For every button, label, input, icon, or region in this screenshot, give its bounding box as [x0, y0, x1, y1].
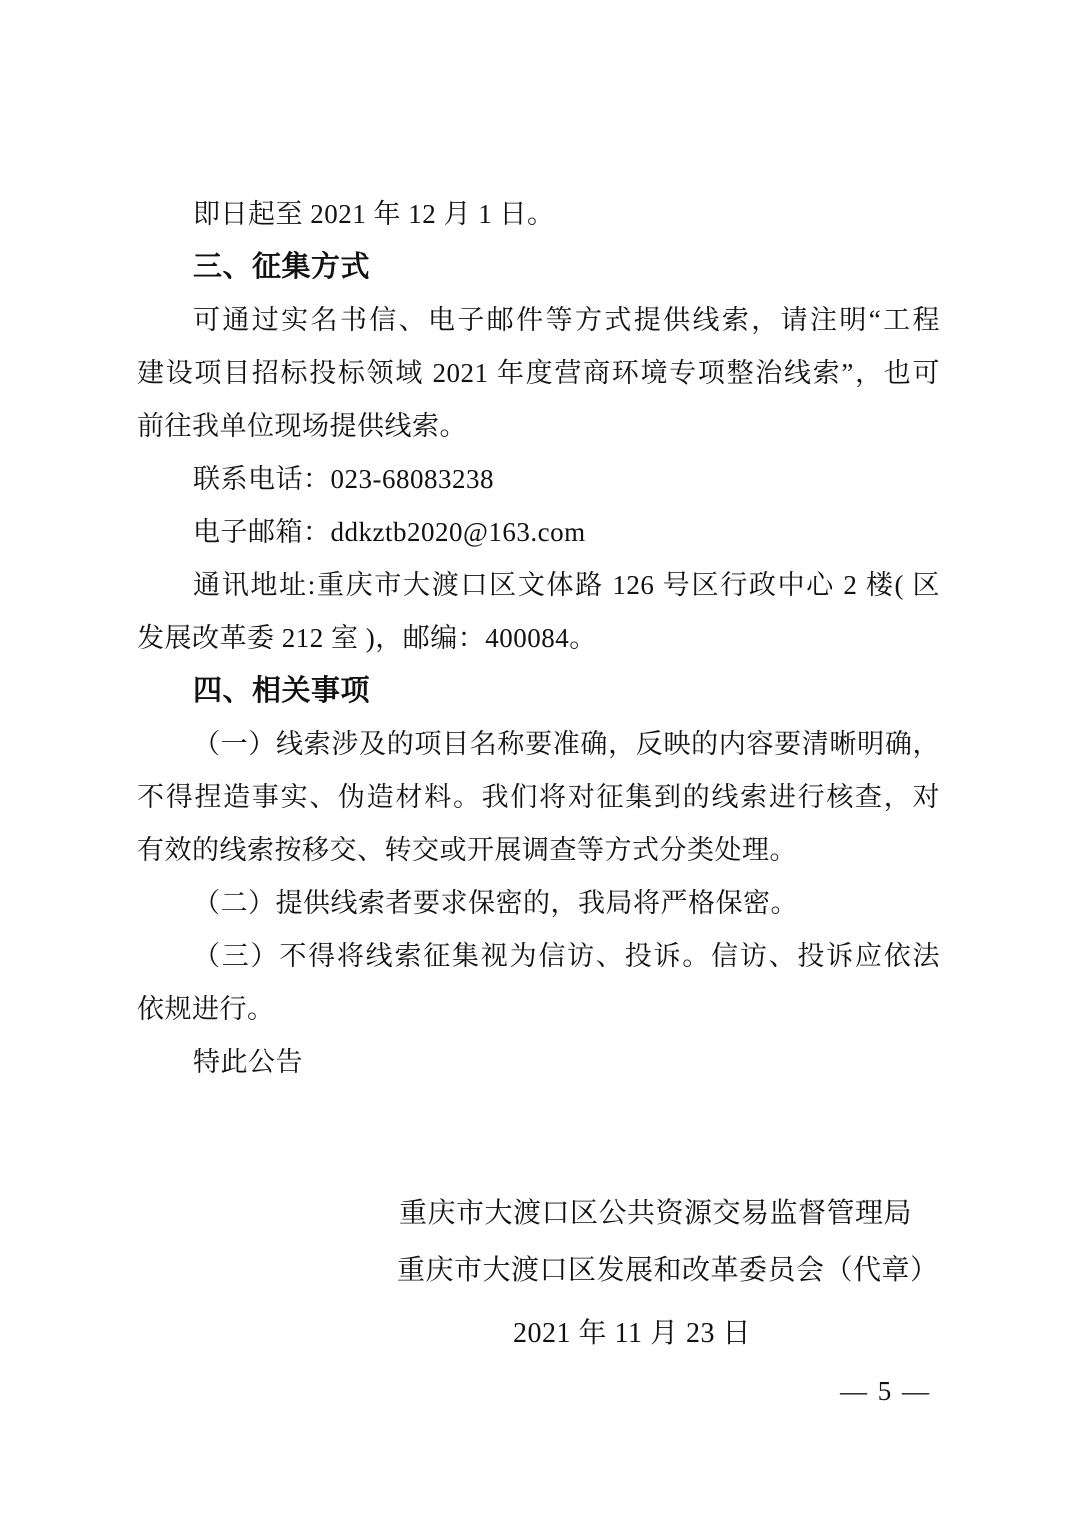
section-heading: 三、征集方式	[137, 241, 940, 294]
signature-date: 2021 年 11 月 23 日	[513, 1305, 940, 1362]
text-line: （一）线索涉及的项目名称要准确，反映的内容要清晰明确，	[137, 718, 940, 771]
text-line: 有效的线索按移交、转交或开展调查等方式分类处理。	[137, 824, 940, 877]
text-line: 依规进行。	[137, 983, 940, 1036]
text-line: （二）提供线索者要求保密的，我局将严格保密。	[137, 877, 940, 930]
closing-line: 特此公告	[137, 1036, 940, 1089]
page-number: — 5 —	[840, 1376, 931, 1407]
contact-address-line: 发展改革委 212 室 )，邮编：400084。	[137, 612, 940, 665]
contact-address-line: 通讯地址:重庆市大渡口区文体路 126 号区行政中心 2 楼( 区	[137, 559, 940, 612]
text-line: （三）不得将线索征集视为信访、投诉。信访、投诉应依法	[137, 930, 940, 983]
contact-email-line: 电子邮箱：ddkztb2020@163.com	[137, 506, 940, 559]
signature-issuer-secondary: 重庆市大渡口区发展和改革委员会（代章）	[397, 1242, 940, 1299]
document-page: 即日起至 2021 年 12 月 1 日。 三、征集方式 可通过实名书信、电子邮…	[0, 0, 1074, 1520]
section-heading: 四、相关事项	[137, 665, 940, 718]
text-line: 可通过实名书信、电子邮件等方式提供线索，请注明“工程	[137, 294, 940, 347]
signature-issuer-primary: 重庆市大渡口区公共资源交易监督管理局	[399, 1185, 940, 1242]
contact-phone-line: 联系电话：023-68083238	[137, 453, 940, 506]
signature-block: 重庆市大渡口区公共资源交易监督管理局 重庆市大渡口区发展和改革委员会（代章） 2…	[137, 1185, 940, 1362]
text-line: 即日起至 2021 年 12 月 1 日。	[137, 188, 940, 241]
document-body: 即日起至 2021 年 12 月 1 日。 三、征集方式 可通过实名书信、电子邮…	[137, 188, 940, 1362]
text-line: 建设项目招标投标领域 2021 年度营商环境专项整治线索”，也可	[137, 347, 940, 400]
text-line: 不得捏造事实、伪造材料。我们将对征集到的线索进行核查，对	[137, 771, 940, 824]
text-line: 前往我单位现场提供线索。	[137, 400, 940, 453]
